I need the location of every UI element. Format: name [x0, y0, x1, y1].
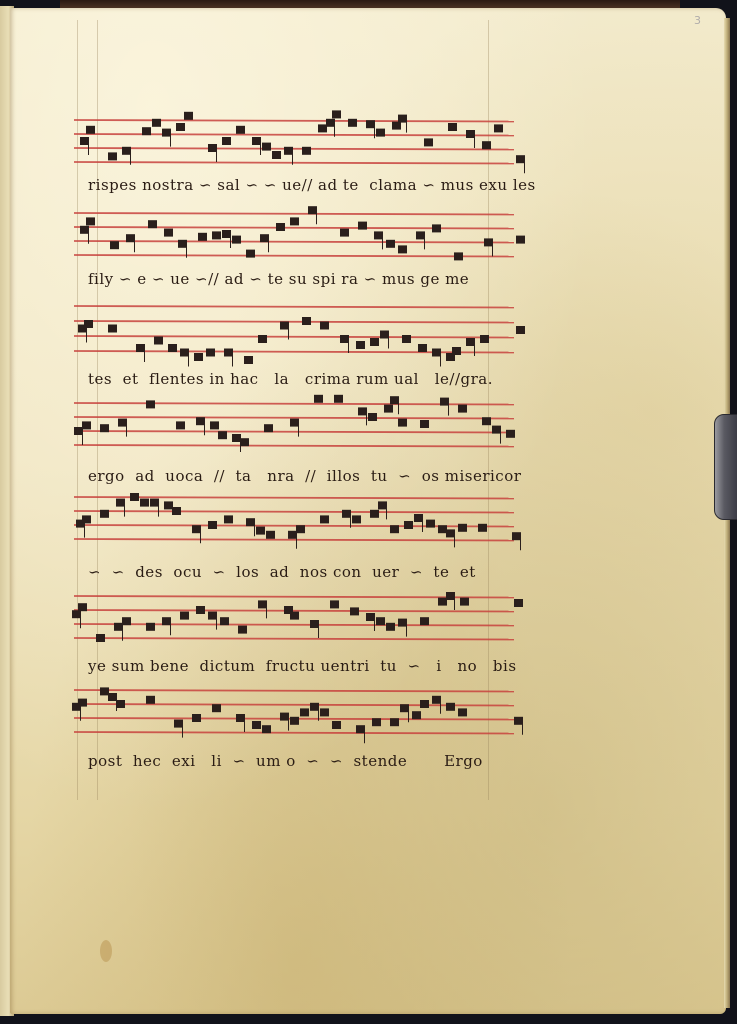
neume-note [386, 240, 395, 248]
neume-note [420, 700, 429, 708]
neume-note [262, 143, 271, 151]
neume-note [516, 236, 525, 244]
neume-note [256, 527, 265, 535]
neume-note [384, 405, 393, 413]
neume-note [80, 137, 89, 145]
neume-note [342, 510, 351, 518]
neume-note [358, 222, 367, 230]
neume-note [118, 419, 127, 427]
neume-note [296, 525, 305, 533]
neume-note [514, 599, 523, 607]
staff-line [74, 417, 514, 419]
staff-line [74, 431, 514, 433]
lyric-line-4: ergo ad uoca // ta nra // illos tu ∽ os … [88, 467, 521, 485]
staff-line [74, 134, 514, 136]
neume-note [100, 424, 109, 432]
neume-note [370, 338, 379, 346]
neume-note [232, 236, 241, 244]
neume-note [212, 231, 221, 239]
neume-note [258, 600, 267, 608]
neume-note [310, 620, 319, 628]
neume-note [208, 612, 217, 620]
neume-note [100, 510, 109, 518]
staff-4 [74, 395, 515, 452]
neume-note [366, 120, 375, 128]
neume-note [392, 122, 401, 130]
neume-note [350, 607, 359, 615]
neume-note [162, 129, 171, 137]
neume-note [302, 147, 311, 155]
neume-note [352, 515, 361, 523]
neume-note [246, 518, 255, 526]
lyric-line-6: ye sum bene dictum fructu uentri tu ∽ i … [88, 657, 517, 675]
neume-note [404, 521, 413, 529]
neume-note [458, 524, 467, 532]
neume-note [412, 711, 421, 719]
neume-note [122, 147, 131, 155]
neume-note [448, 123, 457, 131]
staff-line [74, 120, 514, 122]
neume-note [222, 230, 231, 238]
neume-note [116, 499, 125, 507]
neume-note [446, 592, 455, 600]
neume-note [372, 718, 381, 726]
neume-note [356, 341, 365, 349]
neume-note [458, 708, 467, 716]
neume-note [252, 137, 261, 145]
neume-note [506, 430, 515, 438]
neume-note [86, 126, 95, 134]
neume-note [80, 226, 89, 234]
neume-note [418, 344, 427, 352]
neume-note [340, 335, 349, 343]
neume-note [368, 413, 377, 421]
staff-line [74, 638, 514, 640]
neume-note [148, 220, 157, 228]
neume-note [484, 238, 493, 246]
neume-note [376, 129, 385, 137]
neume-note [480, 335, 489, 343]
staff-line [74, 525, 514, 527]
neume-note [192, 714, 201, 722]
music-notation-area [0, 0, 737, 1024]
neume-note [276, 223, 285, 231]
neume-note [332, 721, 341, 729]
neume-note [262, 725, 271, 733]
neume-note [478, 524, 487, 532]
neume-note [180, 612, 189, 620]
lyric-line-1: rispes nostra ∽ sal ∽ ∽ ue// ad te clama… [88, 176, 536, 194]
lyric-line-2: fily ∽ e ∽ ue ∽// ad ∽ te su spi ra ∽ mu… [88, 270, 469, 288]
neume-note [492, 426, 501, 434]
neume-note [380, 331, 389, 339]
neume-note [72, 610, 81, 618]
neume-note [172, 507, 181, 515]
neume-note [146, 623, 155, 631]
neume-note [420, 617, 429, 625]
staff-line [74, 227, 514, 229]
neume-note [174, 720, 183, 728]
neume-note [206, 349, 215, 357]
staff-line [74, 610, 514, 612]
neume-note [320, 708, 329, 716]
neume-note [108, 693, 117, 701]
neume-note [224, 349, 233, 357]
neume-note [432, 349, 441, 357]
neume-note [482, 417, 491, 425]
staff-1 [74, 110, 525, 173]
staff-line [74, 624, 514, 626]
staff-line [74, 148, 514, 150]
neume-note [370, 510, 379, 518]
neume-note [326, 119, 335, 127]
neume-note [178, 240, 187, 248]
neume-note [290, 217, 299, 225]
neume-note [424, 138, 433, 146]
neume-note [426, 520, 435, 528]
neume-note [320, 515, 329, 523]
neume-note [224, 515, 233, 523]
neume-note [180, 349, 189, 357]
neume-note [126, 234, 135, 242]
neume-note [330, 600, 339, 608]
neume-note [398, 419, 407, 427]
neume-note [438, 598, 447, 606]
neume-note [140, 499, 149, 507]
neume-note [108, 325, 117, 333]
neume-note [198, 233, 207, 241]
neume-note [176, 421, 185, 429]
neume-note [300, 708, 309, 716]
neume-note [386, 623, 395, 631]
neume-note [146, 400, 155, 408]
neume-note [252, 721, 261, 729]
staff-line [74, 321, 514, 323]
staff-line [74, 336, 514, 338]
neume-note [398, 245, 407, 253]
staff-line [74, 539, 514, 541]
staff-5 [74, 493, 521, 550]
neume-note [110, 241, 119, 249]
lyric-line-7: post hec exi li ∽ um o ∽ ∽ stende Ergo [88, 752, 483, 770]
neume-note [82, 421, 91, 429]
staff-line [74, 255, 514, 257]
neume-note [402, 335, 411, 343]
neume-note [168, 344, 177, 352]
neume-note [164, 501, 173, 509]
neume-note [290, 419, 299, 427]
neume-note [82, 515, 91, 523]
neume-note [194, 353, 203, 361]
neume-note [96, 634, 105, 642]
neume-note [400, 704, 409, 712]
neume-note [358, 407, 367, 415]
neume-note [84, 320, 93, 328]
neume-note [302, 317, 311, 325]
neume-note [272, 151, 281, 159]
neume-note [266, 531, 275, 539]
staff-3 [74, 306, 525, 367]
staff-line [74, 511, 514, 513]
neume-note [86, 217, 95, 225]
neume-note [332, 110, 341, 118]
neume-note [494, 124, 503, 132]
neume-note [280, 322, 289, 330]
neume-note [264, 424, 273, 432]
neume-note [146, 696, 155, 704]
neume-note [192, 525, 201, 533]
neume-note [162, 617, 171, 625]
staff-line [74, 445, 514, 447]
neume-note [260, 234, 269, 242]
neume-note [458, 405, 467, 413]
lyric-line-5: ∽ ∽ des ocu ∽ los ad nos con uer ∽ te et [88, 563, 476, 581]
lyric-line-3: tes et flentes in hac la crima rum ual l… [88, 370, 493, 388]
neume-note [246, 250, 255, 258]
neume-note [290, 717, 299, 725]
neume-note [238, 626, 247, 634]
neume-note [374, 231, 383, 239]
neume-note [240, 438, 249, 446]
neume-note [210, 421, 219, 429]
neume-note [154, 337, 163, 345]
neume-note [420, 420, 429, 428]
neume-note [398, 619, 407, 627]
neume-note [100, 687, 109, 695]
neume-note [78, 603, 87, 611]
neume-note [142, 127, 151, 135]
neume-note [280, 713, 289, 721]
neume-note [390, 525, 399, 533]
neume-note [208, 144, 217, 152]
neume-note [232, 434, 241, 442]
neume-note [164, 229, 173, 237]
neume-note [446, 703, 455, 711]
neume-note [236, 126, 245, 134]
neume-note [438, 525, 447, 533]
staff-2 [74, 206, 525, 260]
neume-note [466, 130, 475, 138]
neume-note [222, 137, 231, 145]
neume-note [152, 119, 161, 127]
neume-note [288, 531, 297, 539]
neume-note [432, 696, 441, 704]
neume-note [466, 338, 475, 346]
neume-note [130, 493, 139, 501]
neume-note [432, 224, 441, 232]
neume-note [290, 612, 299, 620]
neume-note [366, 613, 375, 621]
neume-note [208, 521, 217, 529]
staff-7 [72, 687, 523, 743]
neume-note [390, 396, 399, 404]
neume-note [122, 617, 131, 625]
staff-line [74, 306, 514, 308]
neume-note [150, 499, 159, 507]
neume-note [218, 431, 227, 439]
neume-note [78, 699, 87, 707]
neume-note [516, 155, 525, 163]
neume-note [284, 147, 293, 155]
neume-note [114, 623, 123, 631]
neume-note [512, 532, 521, 540]
neume-note [212, 704, 221, 712]
neume-note [236, 714, 245, 722]
neume-note [348, 119, 357, 127]
neume-note [356, 725, 365, 733]
staff-line [74, 213, 514, 215]
neume-note [108, 152, 117, 160]
neume-note [514, 717, 523, 725]
neume-note [376, 617, 385, 625]
neume-note [416, 231, 425, 239]
neume-note [446, 529, 455, 537]
neume-note [340, 229, 349, 237]
neume-note [196, 417, 205, 425]
neume-note [516, 326, 525, 334]
neume-note [176, 123, 185, 131]
neume-note [136, 344, 145, 352]
neume-note [414, 514, 423, 522]
neume-note [454, 252, 463, 260]
neume-note [320, 322, 329, 330]
neume-note [398, 115, 407, 123]
neume-note [482, 141, 491, 149]
neume-note [258, 335, 267, 343]
neume-note [378, 501, 387, 509]
neume-note [318, 124, 327, 132]
staff-line [74, 690, 514, 692]
neume-note [310, 703, 319, 711]
staff-6 [72, 592, 523, 642]
neume-note [74, 427, 83, 435]
staff-line [74, 732, 514, 734]
neume-note [460, 598, 469, 606]
neume-note [452, 347, 461, 355]
staff-line [74, 497, 514, 499]
neume-note [334, 395, 343, 403]
neume-note [196, 606, 205, 614]
neume-note [308, 206, 317, 214]
neume-note [184, 112, 193, 120]
neume-note [116, 700, 125, 708]
neume-note [220, 617, 229, 625]
neume-note [314, 395, 323, 403]
neume-note [244, 356, 253, 364]
neume-note [390, 718, 399, 726]
neume-note [440, 398, 449, 406]
staff-line [74, 162, 514, 164]
staff-line [74, 241, 514, 243]
